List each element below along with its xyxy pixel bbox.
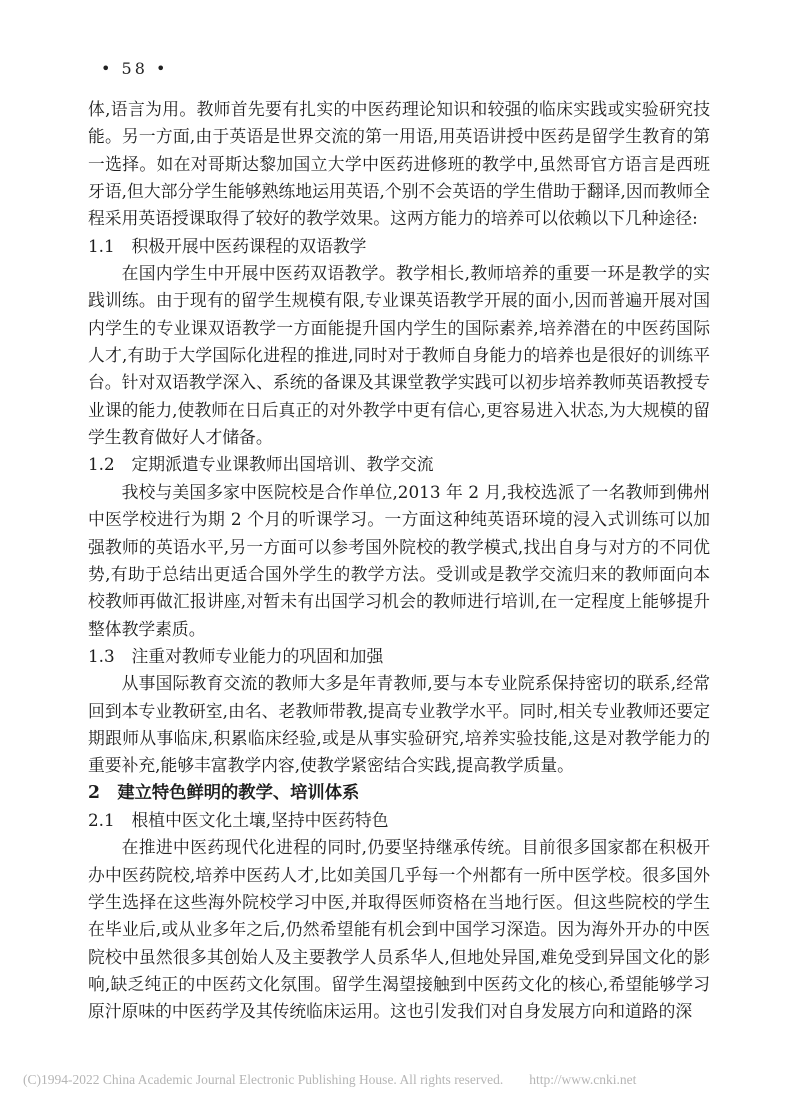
heading-title: 积极开展中医药课程的双语教学 [132,236,367,256]
section-heading-2: 2建立特色鲜明的教学、培训体系 [88,780,710,807]
footer-copyright: (C)1994-2022 China Academic Journal Elec… [23,1072,503,1087]
paragraph: 在国内学生中开展中医药双语教学。教学相长,教师培养的重要一环是教学的实践训练。由… [88,260,710,451]
section-heading-1-3: 1.3注重对教师专业能力的巩固和加强 [88,643,710,670]
heading-title: 注重对教师专业能力的巩固和加强 [132,646,384,666]
heading-title: 建立特色鲜明的教学、培训体系 [117,783,359,803]
article-body: 体,语言为用。教师首先要有扎实的中医药理论知识和较强的临床实践或实验研究技能。另… [88,96,710,1026]
heading-number: 2.1 [88,807,115,834]
heading-number: 1.3 [88,643,115,670]
heading-number: 2 [88,780,100,807]
paragraph: 从事国际教育交流的教师大多是年青教师,要与本专业院系保持密切的联系,经常回到本专… [88,670,710,779]
document-page: • 58 • 体,语言为用。教师首先要有扎实的中医药理论知识和较强的临床实践或实… [0,0,796,1116]
section-heading-1-2: 1.2定期派遣专业课教师出国培训、教学交流 [88,451,710,478]
paragraph: 我校与美国多家中医院校是合作单位,2013 年 2 月,我校选派了一名教师到佛州… [88,479,710,643]
heading-title: 根植中医文化土壤,坚持中医药特色 [132,810,389,830]
heading-title: 定期派遣专业课教师出国培训、教学交流 [132,454,434,474]
section-heading-2-1: 2.1根植中医文化土壤,坚持中医药特色 [88,807,710,834]
footer: (C)1994-2022 China Academic Journal Elec… [23,1072,636,1088]
section-heading-1-1: 1.1积极开展中医药课程的双语教学 [88,233,710,260]
paragraph-continued: 体,语言为用。教师首先要有扎实的中医药理论知识和较强的临床实践或实验研究技能。另… [88,96,710,233]
heading-number: 1.1 [88,233,115,260]
page-number: • 58 • [101,59,168,78]
footer-url: http://www.cnki.net [529,1072,636,1087]
paragraph: 在推进中医药现代化进程的同时,仍要坚持继承传统。目前很多国家都在积极开办中医药院… [88,834,710,1025]
heading-number: 1.2 [88,451,115,478]
